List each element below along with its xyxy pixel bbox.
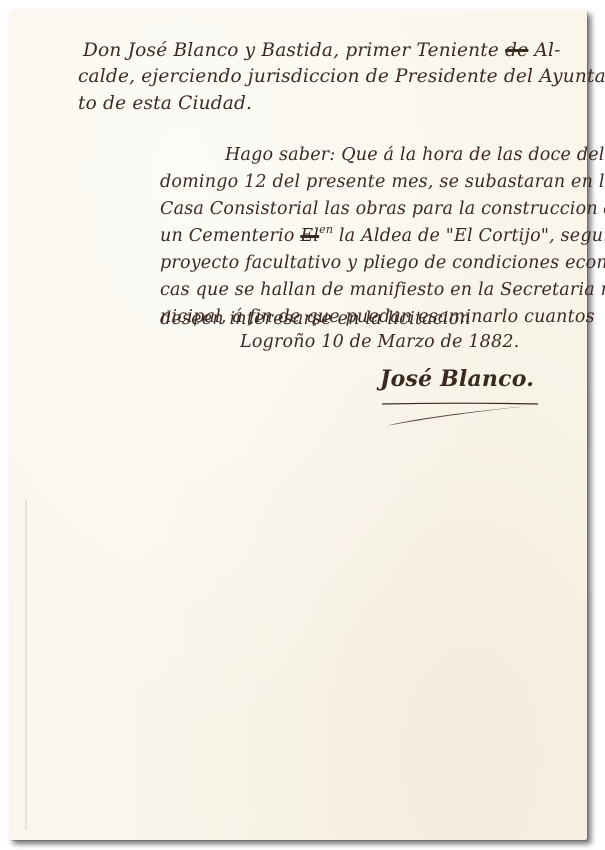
body-line-4: un Cementerio Elen la Aldea de "El Corti… [160,226,605,246]
header-line-1-before: Don José Blanco y Bastida, primer Tenien… [83,40,505,61]
inserted-word: en [319,223,333,236]
body-line-5: proyecto facultativo y pliego de condici… [160,253,605,273]
signature: José Blanco. [380,366,534,392]
date-line: Logroño 10 de Marzo de 1882. [240,332,519,352]
body-line-1: Hago saber: Que á la hora de las doce de… [225,145,605,165]
body-line-8: deseen interesarse en la licitacion [160,309,471,329]
header-line-1-after: Al- [528,40,560,61]
body-line-2: domingo 12 del presente mes, se subastar… [160,172,605,192]
body-line-4-before: un Cementerio [160,226,300,246]
struck-word-2: El [300,226,319,246]
header-line-1: Don José Blanco y Bastida, primer Tenien… [83,40,561,61]
body-line-4-after: la Aldea de "El Cortijo", segun el [333,226,605,246]
body-line-3: Casa Consistorial las obras para la cons… [160,199,605,219]
header-line-2: calde, ejerciendo jurisdiccion de Presid… [78,66,605,87]
body-line-6: cas que se hallan de manifiesto en la Se… [160,280,605,300]
signature-flourish [380,400,540,430]
header-line-3: to de esta Ciudad. [78,93,252,114]
struck-word: de [505,40,528,61]
paper-fold-line [25,500,27,830]
